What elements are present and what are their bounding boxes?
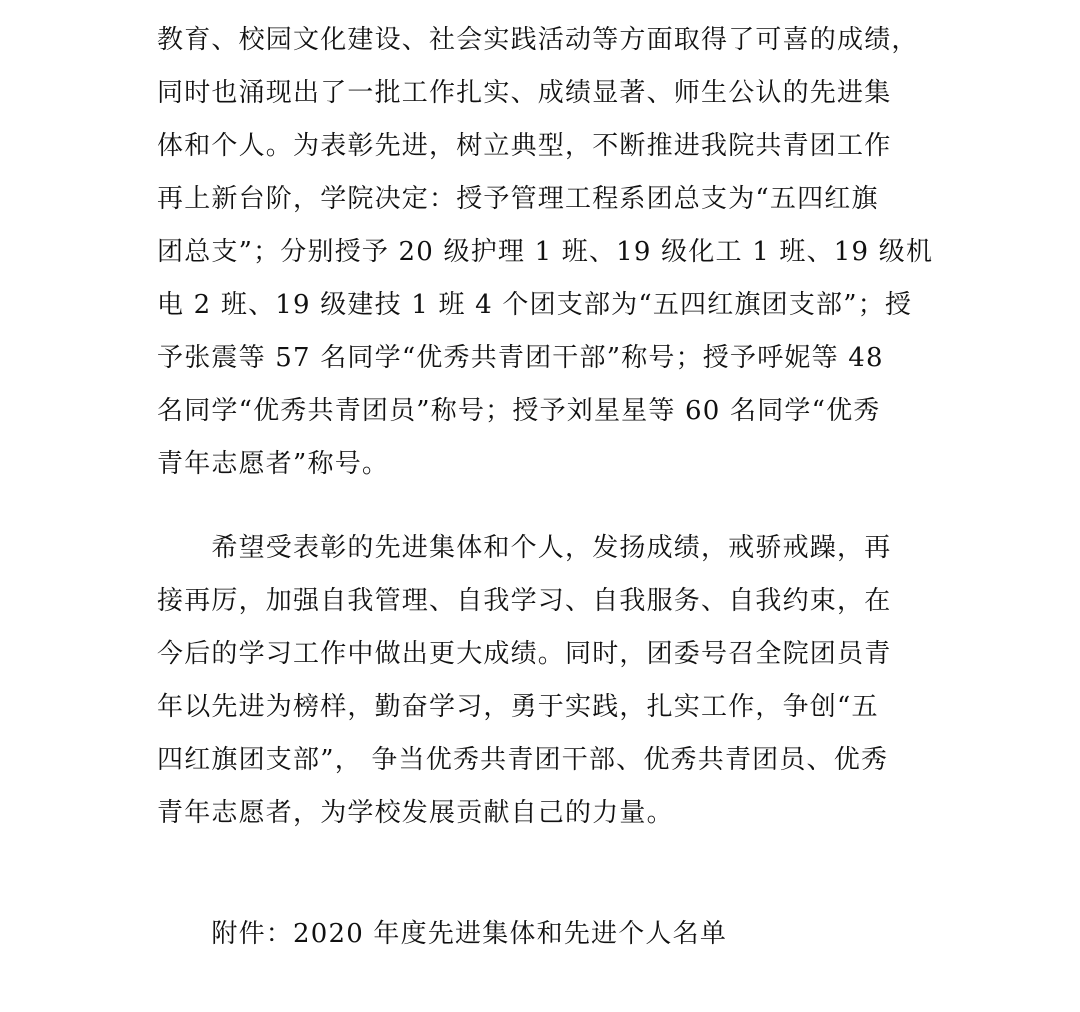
text-line: 再上新台阶，学院决定：授予管理工程系团总支为“五四红旗 [157,179,957,219]
text-line: 同时也涌现出了一批工作扎实、成绩显著、师生公认的先进集 [157,73,957,113]
text-line: 青年志愿者，为学校发展贡献自己的力量。 [157,793,957,833]
document-page: 教育、校园文化建设、社会实践活动等方面取得了可喜的成绩， 同时也涌现出了一批工作… [0,0,1080,1012]
text-line: 体和个人。为表彰先进，树立典型，不断推进我院共青团工作 [157,126,957,166]
text-line: 年以先进为榜样，勤奋学习，勇于实践，扎实工作，争创“五 [157,687,957,727]
text-line: 四红旗团支部”， 争当优秀共青团干部、优秀共青团员、优秀 [157,740,957,780]
text-line: 名同学“优秀共青团员”称号；授予刘星星等 60 名同学“优秀 [157,391,957,431]
attachment-note: 附件：2020 年度先进集体和先进个人名单 [157,914,957,954]
text-line: 团总支”；分别授予 20 级护理 1 班、19 级化工 1 班、19 级机 [157,232,957,272]
text-line: 予张震等 57 名同学“优秀共青团干部”称号；授予呼妮等 48 [157,338,957,378]
text-line: 希望受表彰的先进集体和个人，发扬成绩，戒骄戒躁，再 [157,528,957,568]
text-line: 今后的学习工作中做出更大成绩。同时，团委号召全院团员青 [157,634,957,674]
text-line: 电 2 班、19 级建技 1 班 4 个团支部为“五四红旗团支部”；授 [157,285,957,325]
text-line: 青年志愿者”称号。 [157,444,957,484]
text-line: 教育、校园文化建设、社会实践活动等方面取得了可喜的成绩， [157,20,957,60]
text-line: 接再厉，加强自我管理、自我学习、自我服务、自我约束，在 [157,581,957,621]
